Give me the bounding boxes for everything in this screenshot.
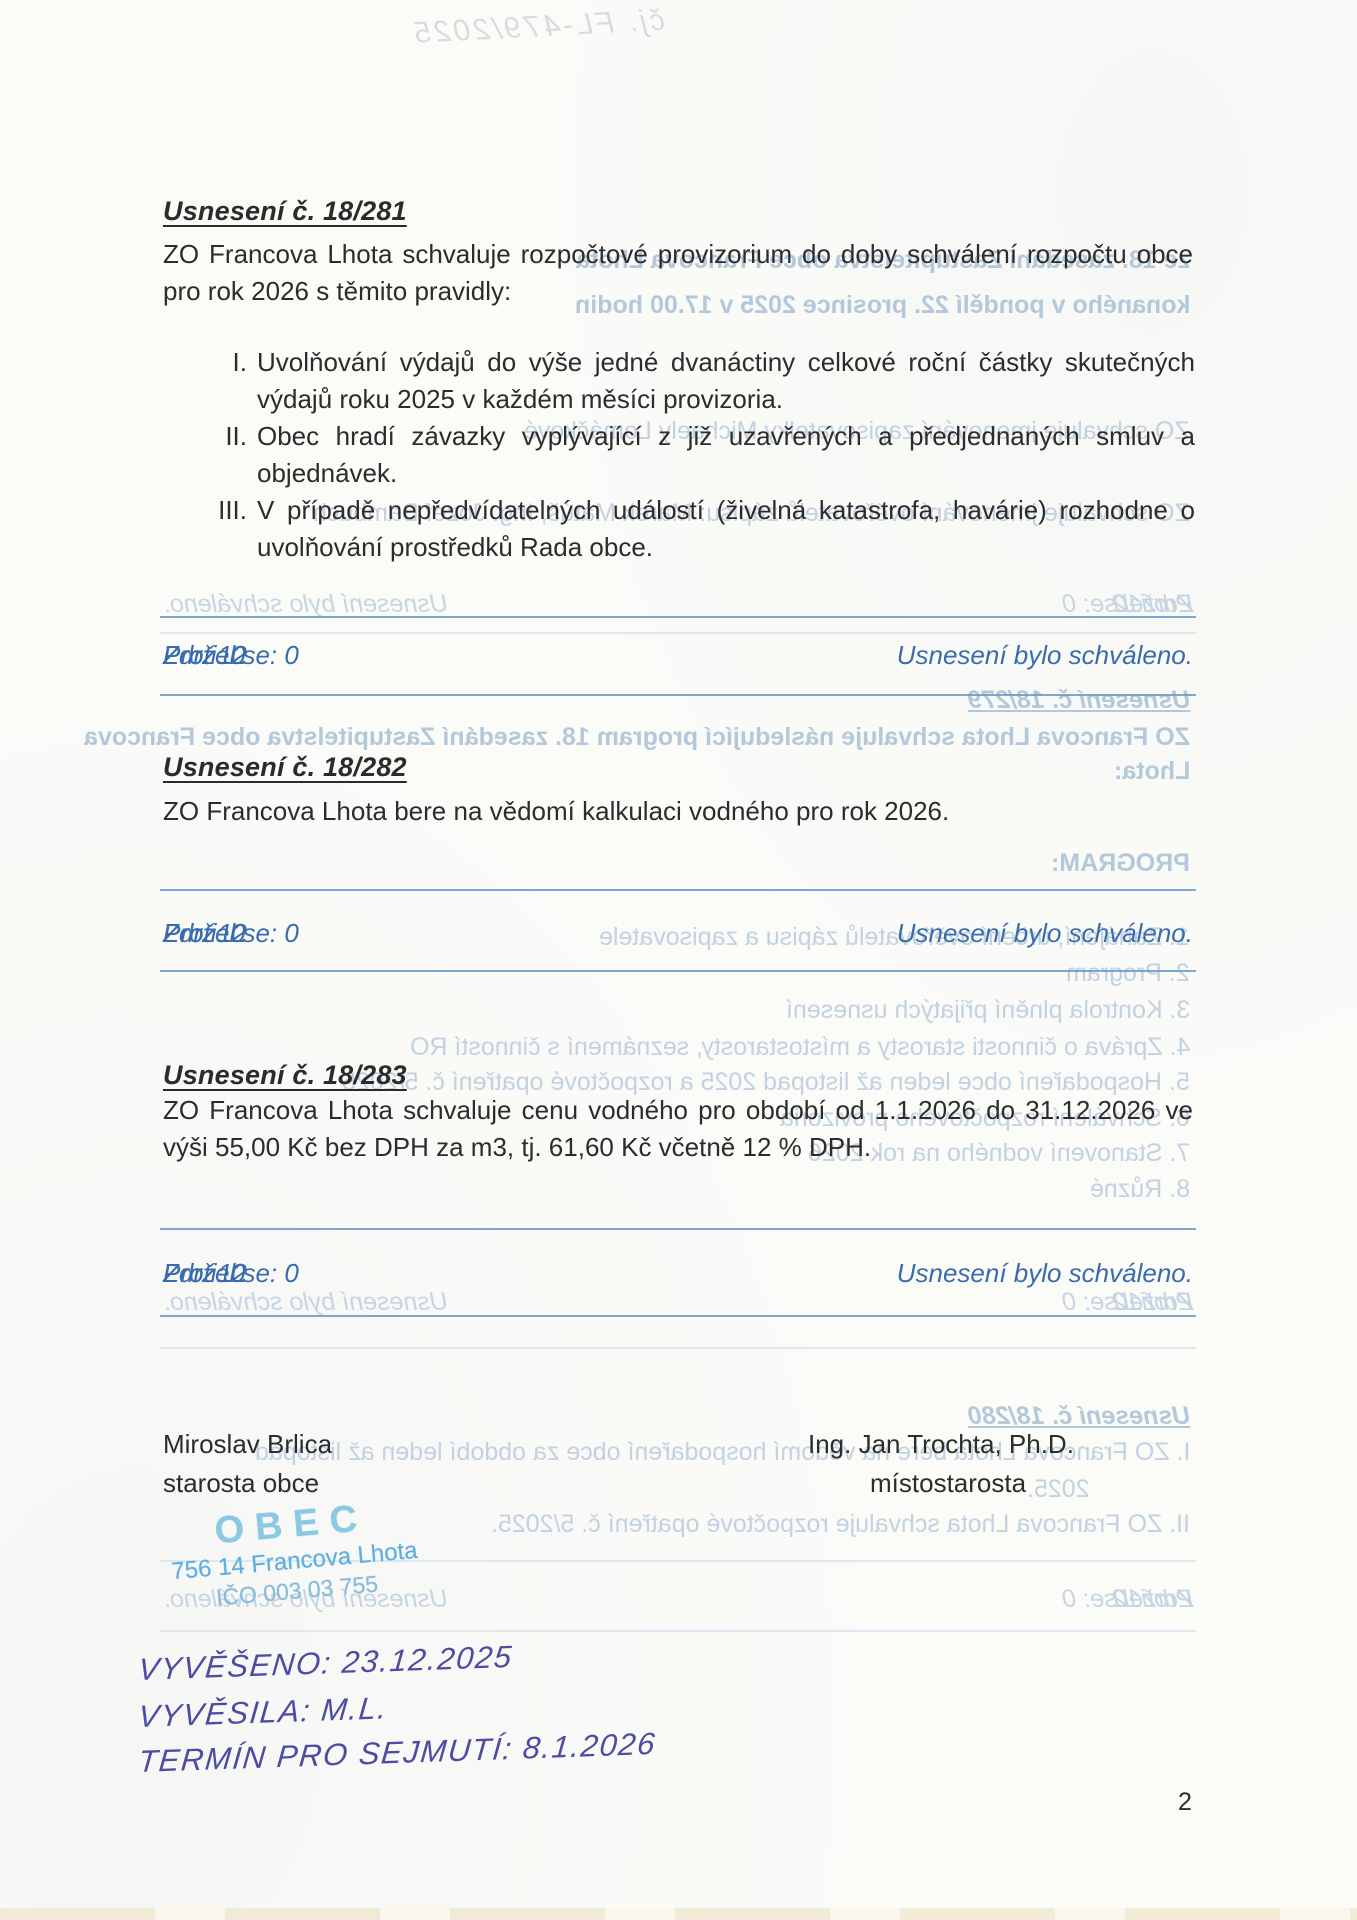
handwritten-removal-deadline: TERMÍN PRO SEJMUTÍ: 8.1.2026 xyxy=(137,1726,658,1780)
resolution-heading-18-281: Usnesení č. 18/281 xyxy=(163,196,407,227)
list-item-number: II. xyxy=(207,418,257,492)
bleedthrough-vote-abstained: Zdržel se: 0 xyxy=(1062,590,1193,619)
signature-block-right: Ing. Jan Trochta, Ph.D. místostarosta xyxy=(808,1425,1208,1503)
signature-block-left: Miroslav Brlica starosta obce xyxy=(163,1425,332,1503)
signer-name-deputy: Ing. Jan Trochta, Ph.D. xyxy=(808,1425,1208,1464)
page-number: 2 xyxy=(1178,1788,1192,1817)
list-item-text: V případě nepředvídatelných událostí (ži… xyxy=(257,492,1195,566)
list-item-text: Obec hradí závazky vyplývající z již uza… xyxy=(257,418,1195,492)
bleedthrough-rule xyxy=(160,1630,1196,1632)
vote-result: Usnesení bylo schváleno. xyxy=(897,918,1193,949)
bleedthrough-handwritten-ref-number: čj. FL-479/2025 xyxy=(194,4,665,63)
bleedthrough-vote-abstained: Zdržel se: 0 xyxy=(1062,1288,1193,1317)
handwritten-posted-date: VYVĚŠENO: 23.12.2025 xyxy=(137,1639,514,1688)
bleedthrough-line: PROGRAM: xyxy=(1051,849,1190,878)
vote-row-18-282: Pro: 12 Proti: 0 Zdržel se: 0 Usnesení b… xyxy=(163,918,1193,952)
separator-rule xyxy=(160,970,1196,972)
signer-name-mayor: Miroslav Brlica xyxy=(163,1425,332,1464)
list-item: III. V případě nepředvídatelných událost… xyxy=(207,492,1195,566)
bleedthrough-agenda-item: 2. Program xyxy=(1066,959,1190,988)
bleedthrough-line: ZO Francova Lhota schvaluje následující … xyxy=(84,723,1190,752)
handwritten-posted-by: VYVĚSILA: M.L. xyxy=(137,1690,390,1735)
separator-rule xyxy=(160,1315,1196,1317)
vote-abstained: Zdržel se: 0 xyxy=(163,1258,299,1289)
vote-row-18-283: Pro: 12 Proti: 0 Zdržel se: 0 Usnesení b… xyxy=(163,1258,1193,1292)
vote-abstained: Zdržel se: 0 xyxy=(163,640,299,671)
bleedthrough-vote-abstained: Zdržel se: 0 xyxy=(1062,1585,1193,1614)
signer-role-mayor: starosta obce xyxy=(163,1464,332,1503)
resolution-heading-18-283: Usnesení č. 18/283 xyxy=(163,1060,407,1091)
resolution-body-18-281: ZO Francova Lhota schvaluje rozpočtové p… xyxy=(163,236,1193,310)
signer-role-deputy: místostarosta xyxy=(808,1464,1208,1503)
resolution-rules-list: I. Uvolňování výdajů do výše jedné dvaná… xyxy=(207,344,1195,566)
separator-rule xyxy=(160,1228,1196,1230)
bleedthrough-line: II. ZO Francova Lhota schvaluje rozpočto… xyxy=(491,1510,1190,1539)
list-item-text: Uvolňování výdajů do výše jedné dvanácti… xyxy=(257,344,1195,418)
bleedthrough-vote-result: Usnesení bylo schváleno. xyxy=(163,1288,448,1317)
separator-rule xyxy=(160,889,1196,891)
scanned-document-page: { "doc": { "page_number": "2", "resoluti… xyxy=(0,0,1357,1920)
bleedthrough-vote-result: Usnesení bylo schváleno. xyxy=(163,590,448,619)
bleedthrough-resolution-heading: Usnesení č. 18/279 xyxy=(968,686,1190,715)
vote-result: Usnesení bylo schváleno. xyxy=(897,1258,1193,1289)
bleedthrough-agenda-item: 4. Zpráva o činnosti starosty a místosta… xyxy=(410,1033,1190,1062)
bleedthrough-agenda-item: 3. Kontrola plnění přijatých usnesení xyxy=(786,996,1190,1025)
vote-result: Usnesení bylo schváleno. xyxy=(897,640,1193,671)
bleedthrough-agenda-item: 8. Různé xyxy=(1090,1175,1190,1204)
bleedthrough-rule xyxy=(160,632,1196,634)
list-item: I. Uvolňování výdajů do výše jedné dvaná… xyxy=(207,344,1195,418)
resolution-body-18-283: ZO Francova Lhota schvaluje cenu vodného… xyxy=(163,1092,1193,1166)
separator-rule xyxy=(160,616,1196,618)
bleedthrough-line: Lhota: xyxy=(1114,757,1190,786)
list-item-number: I. xyxy=(207,344,257,418)
resolution-body-18-282: ZO Francova Lhota bere na vědomí kalkula… xyxy=(163,793,1193,830)
list-item-number: III. xyxy=(207,492,257,566)
scan-edge-artifact xyxy=(0,1908,1357,1920)
vote-row-18-281: Pro: 12 Proti: 0 Zdržel se: 0 Usnesení b… xyxy=(163,640,1193,674)
separator-rule xyxy=(160,694,1196,696)
vote-abstained: Zdržel se: 0 xyxy=(163,918,299,949)
bleedthrough-rule xyxy=(160,1347,1196,1349)
list-item: II. Obec hradí závazky vyplývající z již… xyxy=(207,418,1195,492)
resolution-heading-18-282: Usnesení č. 18/282 xyxy=(163,752,407,783)
